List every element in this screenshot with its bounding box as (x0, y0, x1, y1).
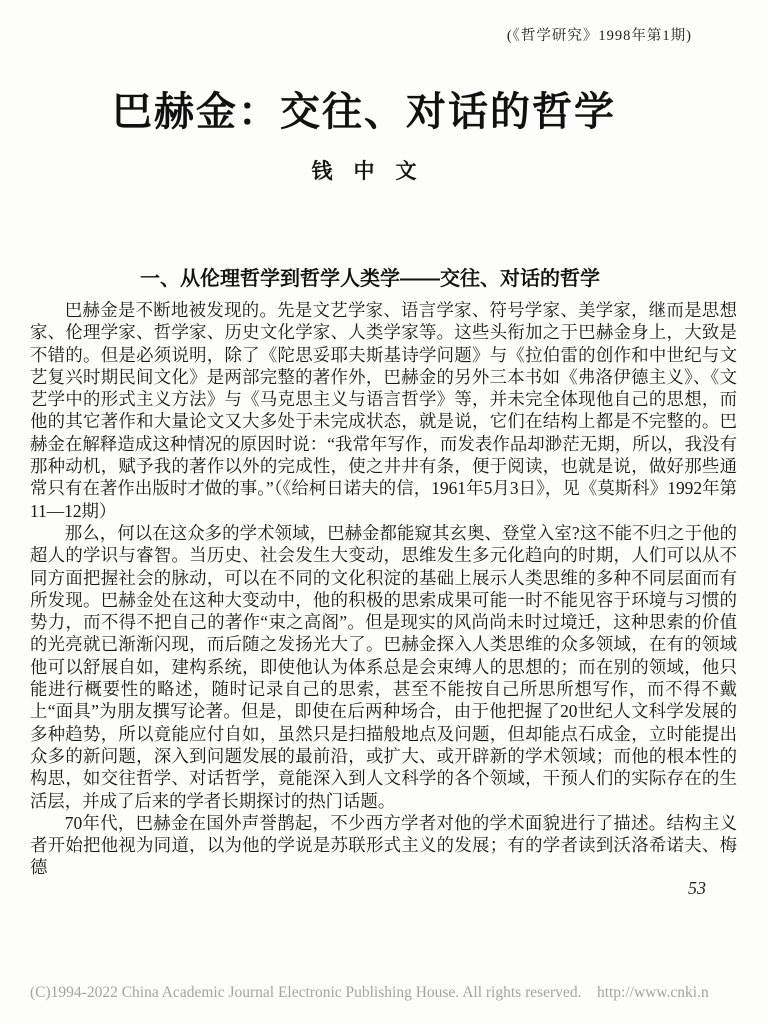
body-paragraph-1: 巴赫金是不断地被发现的。先是文艺学家、语言学家、符号学家、美学家，继而是思想家、… (30, 299, 737, 522)
body-paragraph-3: 70年代，巴赫金在国外声誉鹊起，不少西方学者对他的学术面貌进行了描述。结构主义者… (30, 812, 737, 879)
article-title: 巴赫金：交往、对话的哲学 (0, 80, 728, 137)
journal-issue-header: (《哲学研究》1998年第1期) (507, 24, 692, 45)
journal-page: (《哲学研究》1998年第1期) 巴赫金：交往、对话的哲学 钱 中 文 一、从伦… (0, 0, 768, 1024)
copyright-footer: (C)1994-2022 China Academic Journal Elec… (30, 984, 709, 1002)
article-body: 巴赫金是不断地被发现的。先是文艺学家、语言学家、符号学家、美学家，继而是思想家、… (30, 299, 737, 879)
page-number: 53 (688, 878, 706, 899)
section-heading: 一、从伦理哲学到哲学人类学——交往、对话的哲学 (0, 262, 740, 291)
body-paragraph-2: 那么，何以在这众多的学术领域，巴赫金都能窥其玄奥、登堂入室?这不能不归之于他的超… (30, 522, 737, 812)
author-name: 钱 中 文 (0, 155, 728, 185)
